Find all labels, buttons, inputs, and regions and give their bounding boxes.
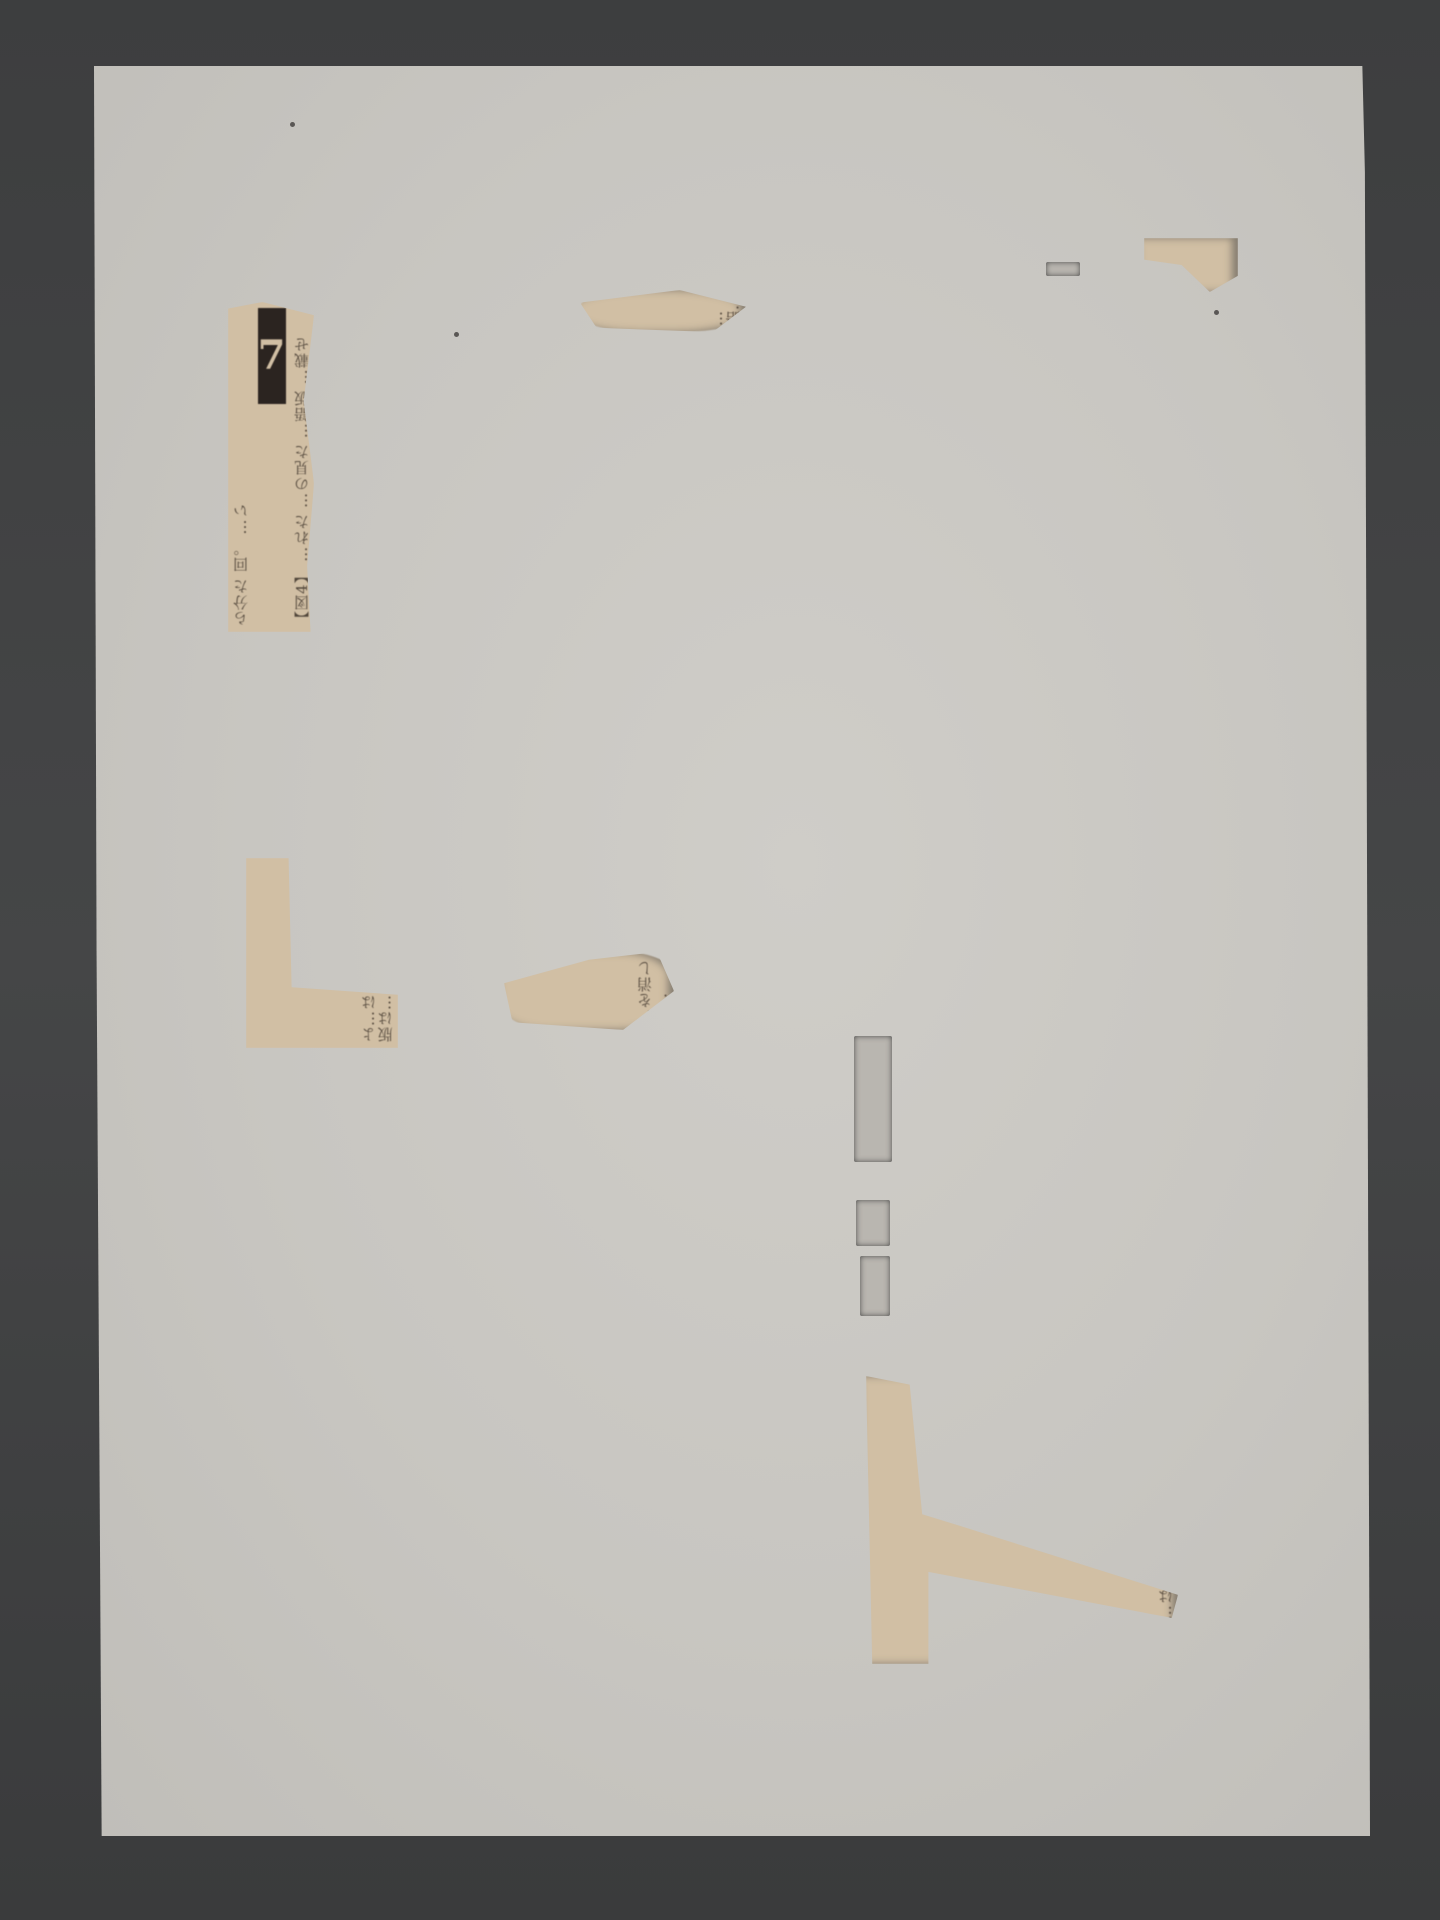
glue-residue: [854, 1036, 892, 1162]
fragment-text: よ…は 分ただ 名版の 大版は…: [357, 858, 398, 1048]
dirt-speck: [1214, 310, 1219, 315]
glue-residue: [856, 1200, 890, 1246]
fragment-text: …を消して…: [633, 952, 674, 1030]
boxed-glyph: 7: [258, 308, 286, 404]
glue-residue: [1046, 262, 1080, 276]
fragment-text: 【図4】 …れた …の見た …語版 …載せ: [290, 302, 315, 632]
newspaper-fragment-middle-left: よ…は 分ただ 名版の 大版は…: [246, 858, 398, 1048]
newspaper-fragment-bottom-right: …東 …は …し …語版 …は …に: [866, 1376, 1178, 1664]
dirt-speck: [454, 332, 459, 337]
fragment-text-lower: ら分た 回。 …い: [229, 302, 254, 632]
newspaper-fragment-top-right: [1144, 238, 1238, 292]
newspaper-fragment-top-left: 【図4】 …れた …の見た …語版 …載せ 7 ら分た 回。 …い: [228, 302, 314, 632]
newspaper-fragment-top-center: …語…: [580, 290, 746, 332]
fragment-text: …東 …は …し …語版 …は …に: [1154, 1376, 1179, 1664]
paper-sheet: 【図4】 …れた …の見た …語版 …載せ 7 ら分た 回。 …い …語… よ……: [94, 66, 1370, 1836]
fragment-text: …語…: [705, 290, 746, 332]
dirt-speck: [290, 122, 295, 127]
newspaper-fragment-middle-center: …を消して…: [504, 952, 674, 1030]
glue-residue: [860, 1256, 890, 1316]
